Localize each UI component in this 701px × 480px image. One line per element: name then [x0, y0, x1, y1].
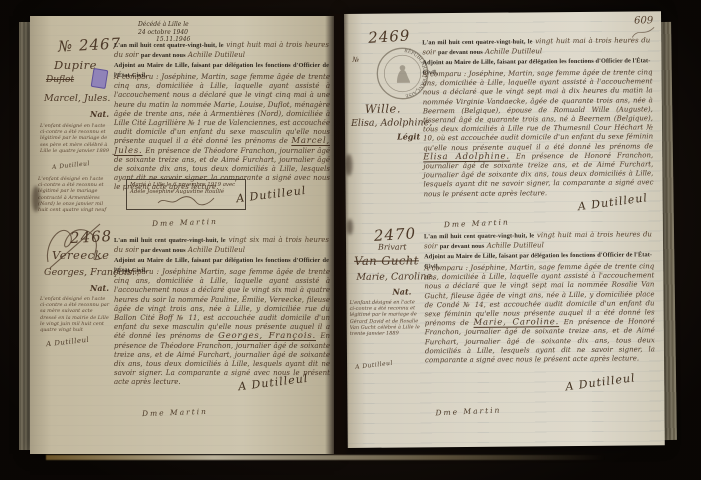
child-name: Georges, François.: [218, 331, 316, 341]
declarant-signature: Dme Martin: [142, 407, 208, 418]
printed-text: L'an mil huit cent quatre-vingt-huit, le: [424, 232, 534, 240]
margin-surname: Wille.: [365, 102, 401, 116]
page-bottom-glint: [46, 455, 606, 460]
margin-crossed-name: Van Gucht: [354, 253, 419, 268]
printed-text: L'an mil huit cent quatre-vingt-huit, le: [422, 38, 532, 46]
handwritten-fill: vingt huit mai à trois heures du: [537, 230, 652, 239]
child-name: Marie, Caroline.: [473, 317, 559, 328]
number-mark: №: [352, 56, 359, 64]
margin-crossed-name: Duflot: [46, 75, 74, 85]
margin-surname: Dupire: [54, 58, 97, 72]
act-type-label: Nat.: [90, 109, 109, 119]
printed-text: par devant nous: [141, 52, 186, 59]
act-text: A comparu : Joséphine Martin, sage femme…: [114, 268, 330, 340]
signature-flourish-icon: [156, 195, 216, 207]
margin-note: L'enfant désigné en l'acte ci-contre a é…: [40, 296, 110, 333]
margin-surname: Vereecke: [52, 248, 109, 262]
handwritten-fill: soir: [125, 246, 138, 254]
handwritten-fill: Achille Dutilleul: [188, 51, 245, 59]
act-body: A comparu : Joséphine, Martin, sage femm…: [422, 68, 653, 199]
declarant-signature: Dme Martin: [152, 217, 218, 228]
handwritten-fill: Achille Dutilleul: [485, 47, 542, 55]
ink-blot: [32, 186, 40, 212]
entry-number: № 2467: [58, 34, 122, 55]
death-annotation-line: 24 octobre 1940: [138, 29, 248, 37]
margin-note: L'enfant désigné en l'acte ci-contre a é…: [349, 299, 421, 337]
handwritten-fill: Achille Dutilleul: [188, 246, 245, 254]
handwritten-fill: soir: [424, 242, 437, 250]
child-name: Elisa Adolphine.: [423, 151, 510, 162]
declarant-signature: Dme Martin: [444, 217, 510, 229]
officer-signature: A Dutilleul: [565, 371, 637, 393]
binding-shadow: [325, 14, 349, 456]
handwritten-fill: vingt huit mai à trois heures du: [535, 36, 650, 45]
act-type-label: Nat.: [90, 283, 109, 293]
declarant-signature: Dme Martin: [435, 405, 501, 417]
handwritten-fill: Achille Dutilleul: [487, 241, 544, 249]
margin-given-names: Marcel, Jules.: [44, 93, 110, 104]
printed-text: par devant nous: [141, 247, 186, 254]
entry-number: 2468: [70, 227, 113, 247]
margin-given-names: Marie, Caroline.: [356, 271, 435, 283]
act-body: A comparu : Joséphine, Martin, sage femm…: [424, 262, 655, 365]
handwritten-fill: soir: [125, 51, 138, 59]
act-text: A comparu : Joséphine, Martin, sage femm…: [114, 73, 330, 145]
purple-stamp-icon: [91, 68, 109, 89]
right-page: 609 2469 № RÉPUBLIQUE FRANÇAISE Wille. E…: [344, 11, 665, 448]
act-type-label: Nat.: [392, 286, 411, 296]
margin-surname: Brivart: [378, 242, 407, 251]
left-page: Décédé à Lille le 24 octobre 1940 15.11.…: [30, 16, 334, 454]
printed-text: L'an mil huit cent quatre-vingt-huit, le: [114, 237, 226, 244]
printed-text: par devant nous: [438, 48, 483, 55]
margin-note: L'enfant désigné en l'acte ci-contre a é…: [40, 123, 110, 154]
marriage-annotation-text: Marié à Lille le 6 novembre 1919 avec Ad…: [130, 182, 235, 195]
act-text: A comparu : Joséphine, Martin, sage femm…: [422, 68, 653, 152]
act-body: A comparu : Joséphine, Martin, sage femm…: [114, 73, 330, 193]
marriage-annotation-box: Marié à Lille le 6 novembre 1919 avec Ad…: [126, 179, 246, 210]
margin-given-names: Elisa, Adolphine,: [351, 117, 432, 129]
act-body: A comparu : Joséphine Martin, sage femme…: [114, 268, 330, 388]
margin-note: L'enfant désigné en l'acte ci-contre a é…: [38, 176, 108, 213]
entry-number: 2469: [368, 26, 411, 47]
death-annotation-line: Décédé à Lille le: [138, 21, 248, 29]
handwritten-fill: soir: [422, 48, 435, 56]
printed-text: L'an mil huit cent quatre-vingt-huit, le: [114, 42, 224, 49]
margin-note-signature: A Dutilleul: [355, 360, 393, 371]
margin-note-signature: A Dutilleul: [52, 160, 90, 171]
margin-note-signature: A Dutilleul: [46, 336, 90, 348]
act-type-label: Légit: [397, 131, 420, 141]
printed-text: par devant nous: [440, 242, 485, 249]
